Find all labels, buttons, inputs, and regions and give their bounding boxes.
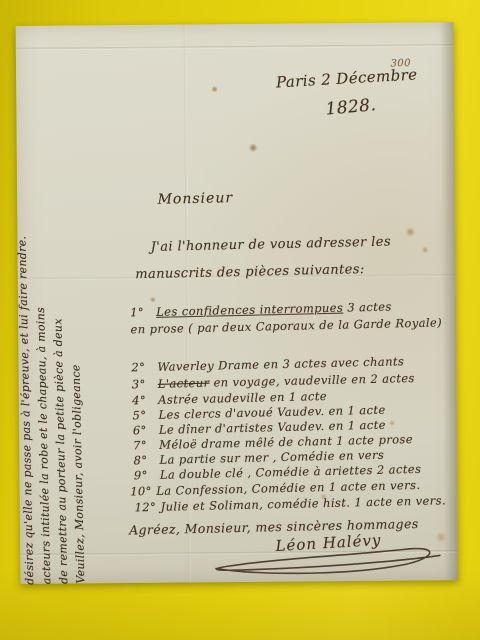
item-text: 3 actes: [343, 299, 392, 314]
list-item-3: 3°L'acteur en voyage, vaudeville en 2 ac…: [132, 371, 415, 391]
dateline-place-date: Paris 2 Décembre: [276, 65, 418, 91]
item-number: 2°: [131, 360, 157, 375]
item-text: en voyage, vaudeville en 2 actes: [209, 371, 415, 390]
intro-line-2: manuscrits des pièces suivantes:: [135, 262, 365, 282]
signature-flourish: [210, 541, 447, 580]
item-struck-word: L'acteur: [158, 376, 210, 391]
item-number: 12°: [134, 500, 160, 515]
item-number: 9°: [134, 468, 160, 483]
item-number: 8°: [133, 453, 159, 468]
item-number: 6°: [133, 423, 159, 438]
item-text: en prose ( par deux Caporaux de la Garde…: [130, 315, 442, 336]
item-number: 10°: [130, 484, 156, 499]
dateline-year: 1828.: [325, 95, 377, 120]
letter-content: 300 Paris 2 Décembre 1828. Monsieur J'ai…: [12, 19, 463, 587]
margin-note: désirez qu'elle ne passe pas à l'épreuve…: [12, 153, 92, 584]
list-item-1-continuation: en prose ( par deux Caporaux de la Garde…: [130, 315, 442, 336]
item-text: Waverley Drame en 3 actes avec chants: [157, 354, 404, 374]
item-number: 5°: [132, 408, 158, 423]
photograph-of-letter: 300 Paris 2 Décembre 1828. Monsieur J'ai…: [0, 0, 480, 640]
item-title-underlined: Les confidences interrompues: [156, 301, 343, 319]
letter-paper: 300 Paris 2 Décembre 1828. Monsieur J'ai…: [16, 22, 459, 584]
intro-line-1: J'ai l'honneur de vous adresser les: [151, 234, 392, 254]
item-number: 4°: [132, 393, 158, 408]
item-number: 7°: [133, 438, 159, 453]
item-number: 3°: [132, 377, 158, 392]
item-number: 1°: [130, 305, 156, 320]
salutation: Monsieur: [157, 190, 233, 208]
